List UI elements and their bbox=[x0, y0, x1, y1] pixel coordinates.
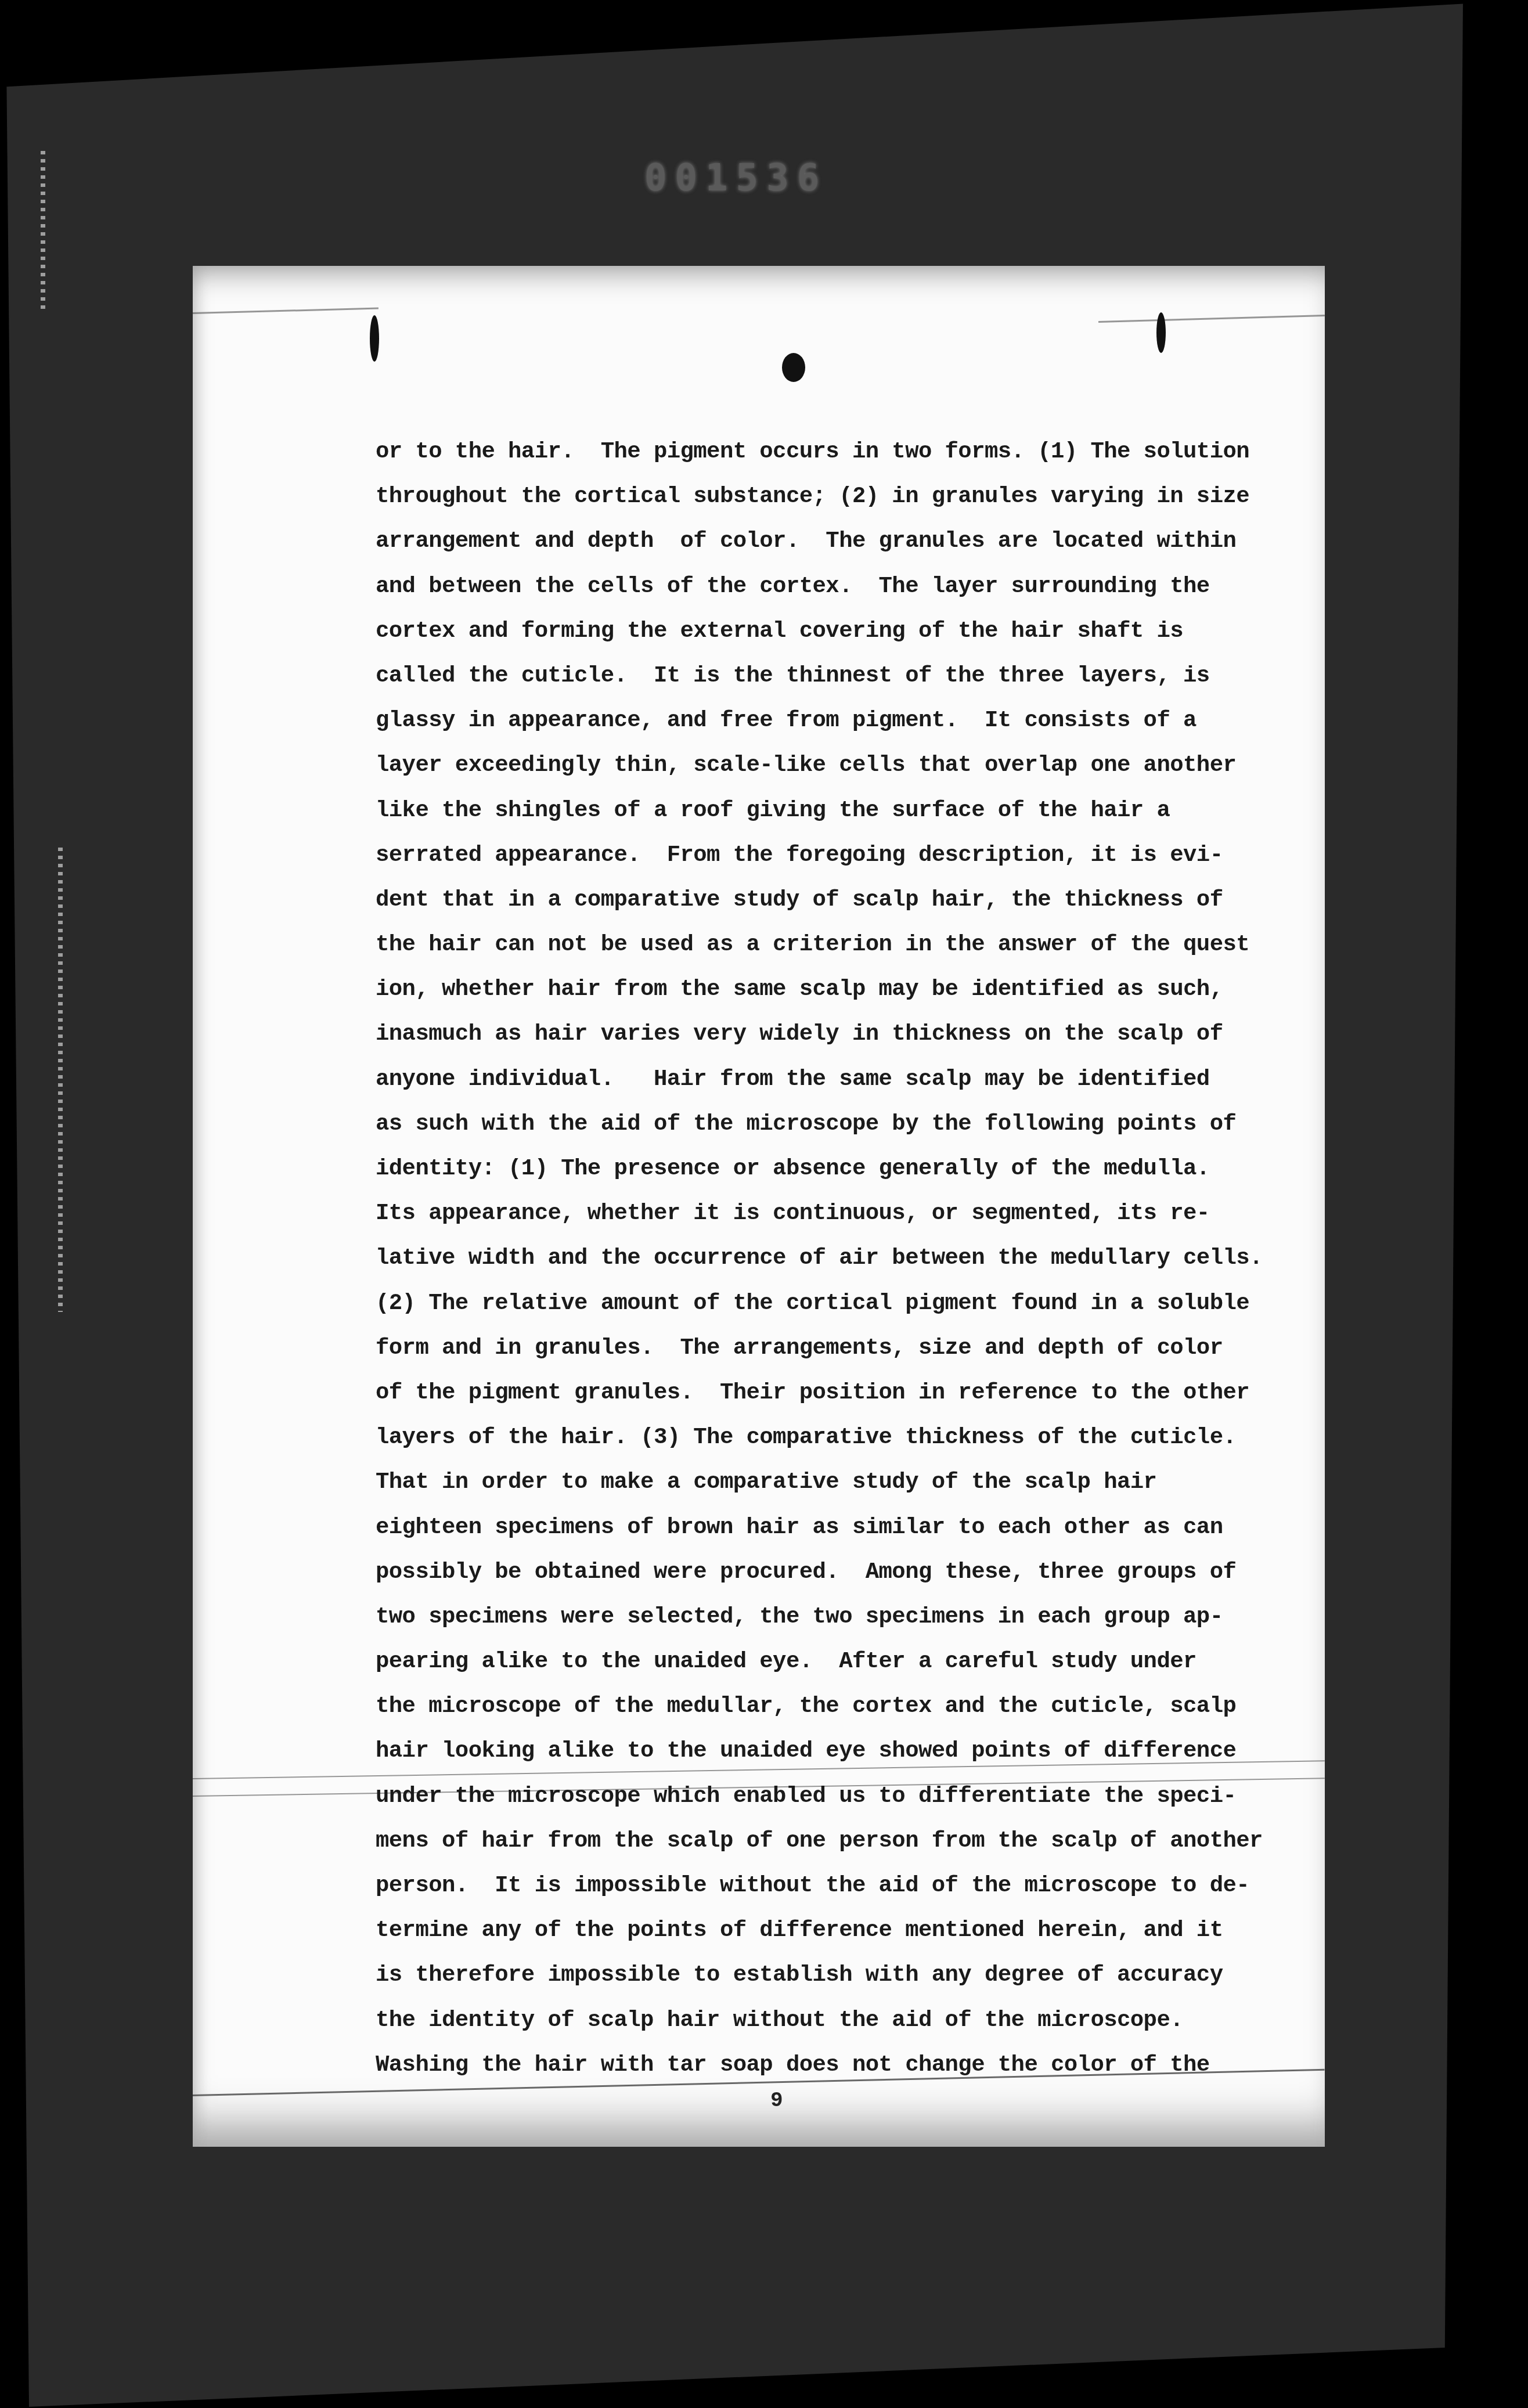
text-line: two specimens were selected, the two spe… bbox=[376, 1595, 1316, 1639]
text-line: ion, whether hair from the same scalp ma… bbox=[376, 967, 1316, 1012]
text-line: of the pigment granules. Their position … bbox=[376, 1371, 1316, 1415]
text-line: as such with the aid of the microscope b… bbox=[376, 1102, 1316, 1147]
text-line: under the microscope which enabled us to… bbox=[376, 1774, 1316, 1819]
crease-line bbox=[193, 308, 379, 314]
text-line: That in order to make a comparative stud… bbox=[376, 1460, 1316, 1505]
text-line: form and in granules. The arrangements, … bbox=[376, 1326, 1316, 1371]
text-line: arrangement and depth of color. The gran… bbox=[376, 519, 1316, 564]
punch-hole-blot bbox=[1156, 312, 1166, 353]
microfilm-frame: 001536 or to the hair. The pigment occur… bbox=[0, 0, 1528, 2408]
film-scratch bbox=[58, 848, 63, 1312]
text-line: (2) The relative amount of the cortical … bbox=[376, 1281, 1316, 1326]
text-line: mens of hair from the scalp of one perso… bbox=[376, 1819, 1316, 1863]
document-body: or to the hair. The pigment occurs in tw… bbox=[376, 430, 1316, 2088]
text-line: person. It is impossible without the aid… bbox=[376, 1863, 1316, 1908]
film-edge-right bbox=[1435, 0, 1528, 2408]
text-line: Washing the hair with tar soap does not … bbox=[376, 2043, 1316, 2088]
text-line: eighteen specimens of brown hair as simi… bbox=[376, 1505, 1316, 1550]
text-line: inasmuch as hair varies very widely in t… bbox=[376, 1012, 1316, 1057]
text-line: and between the cells of the cortex. The… bbox=[376, 564, 1316, 609]
text-line: cortex and forming the external covering… bbox=[376, 609, 1316, 654]
text-line: Its appearance, whether it is continuous… bbox=[376, 1191, 1316, 1236]
text-line: or to the hair. The pigment occurs in tw… bbox=[376, 430, 1316, 474]
film-edge-bottom bbox=[0, 2344, 1528, 2408]
text-line: possibly be obtained were procured. Amon… bbox=[376, 1550, 1316, 1595]
page-number: 9 bbox=[770, 2089, 783, 2113]
text-line: like the shingles of a roof giving the s… bbox=[376, 788, 1316, 833]
text-line: the microscope of the medullar, the cort… bbox=[376, 1684, 1316, 1729]
text-line: the hair can not be used as a criterion … bbox=[376, 922, 1316, 967]
film-scratch bbox=[41, 151, 45, 313]
text-line: the identity of scalp hair without the a… bbox=[376, 1998, 1316, 2043]
text-line: termine any of the points of difference … bbox=[376, 1908, 1316, 1953]
text-line: anyone individual. Hair from the same sc… bbox=[376, 1057, 1316, 1102]
text-line: glassy in appearance, and free from pigm… bbox=[376, 698, 1316, 743]
punch-hole-blot bbox=[370, 315, 379, 362]
text-line: dent that in a comparative study of scal… bbox=[376, 878, 1316, 922]
film-edge-left bbox=[0, 0, 29, 2408]
text-line: pearing alike to the unaided eye. After … bbox=[376, 1639, 1316, 1684]
text-line: called the cuticle. It is the thinnest o… bbox=[376, 654, 1316, 698]
text-line: layer exceedingly thin, scale-like cells… bbox=[376, 743, 1316, 788]
crease-line bbox=[1098, 315, 1325, 323]
film-edge-top bbox=[0, 0, 1528, 87]
text-line: is therefore impossible to establish wit… bbox=[376, 1953, 1316, 1998]
text-line: lative width and the occurrence of air b… bbox=[376, 1236, 1316, 1281]
punch-hole-blot bbox=[782, 353, 805, 382]
text-line: hair looking alike to the unaided eye sh… bbox=[376, 1729, 1316, 1773]
text-line: layers of the hair. (3) The comparative … bbox=[376, 1415, 1316, 1460]
frame-number: 001536 bbox=[644, 157, 827, 200]
text-line: serrated appearance. From the foregoing … bbox=[376, 833, 1316, 878]
text-line: identity: (1) The presence or absence ge… bbox=[376, 1147, 1316, 1191]
document-page: or to the hair. The pigment occurs in tw… bbox=[193, 266, 1325, 2147]
text-line: throughout the cortical substance; (2) i… bbox=[376, 474, 1316, 519]
